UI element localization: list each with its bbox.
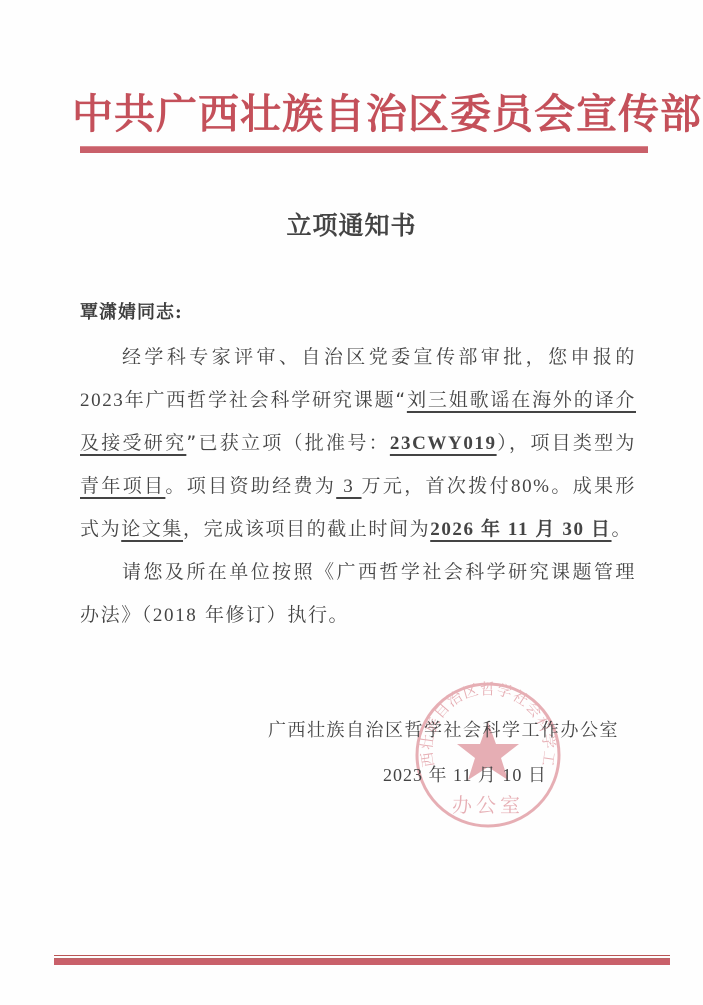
signing-organization: 广西壮族自治区哲学社会科学工作办公室 bbox=[268, 716, 619, 742]
text-segment: 年修订）执行。 bbox=[197, 604, 349, 626]
salutation: 覃潇婧同志: bbox=[80, 298, 183, 324]
text-segment: 万元，首次拨付 bbox=[362, 475, 511, 497]
footer-thin-rule bbox=[54, 955, 670, 956]
funding-amount: 3 bbox=[336, 476, 361, 497]
first-payment-percent: 80% bbox=[511, 476, 551, 497]
text-segment: ），项目类型为 bbox=[497, 432, 636, 454]
issuer-masthead: 中共广西壮族自治区委员会宣传部 bbox=[72, 88, 658, 140]
paragraph-instructions: 请您及所在单位按照《广西哲学社会科学研究课题管理办法》（2018 年修订）执行。 bbox=[80, 551, 636, 637]
text-segment: 经学科专家评审、自治区党委宣传部审批，您申报的 bbox=[122, 346, 636, 368]
approval-number: 23CWY019 bbox=[390, 433, 497, 454]
deadline-date: 2026 年 11 月 30 日 bbox=[430, 519, 611, 540]
text-segment: ”已获立项（批准号： bbox=[186, 432, 390, 454]
text-segment: 年广西哲学社会科学研究课题“ bbox=[124, 389, 406, 411]
official-seal-icon: 广西壮族自治区哲学社会科学工作 办公室 bbox=[413, 680, 563, 830]
paragraph-approval: 经学科专家评审、自治区党委宣传部审批，您申报的2023年广西哲学社会科学研究课题… bbox=[80, 336, 636, 551]
text-segment: ，完成该项目的截止时间为 bbox=[183, 518, 430, 540]
footer-red-rule bbox=[54, 958, 670, 965]
text-segment: 。 bbox=[612, 518, 633, 540]
header-red-rule bbox=[80, 146, 648, 153]
notice-page: 中共广西壮族自治区委员会宣传部 立项通知书 覃潇婧同志: 经学科专家评审、自治区… bbox=[0, 0, 703, 1005]
output-form: 论文集 bbox=[121, 518, 183, 540]
project-type: 青年项目 bbox=[80, 475, 165, 497]
text-segment: 。项目资助经费为 bbox=[165, 475, 336, 497]
svg-text:办公室: 办公室 bbox=[452, 793, 524, 817]
application-year: 2023 bbox=[80, 390, 124, 411]
revision-year: 2018 bbox=[153, 605, 197, 626]
document-title: 立项通知书 bbox=[0, 206, 703, 242]
signing-date: 2023 年 11 月 10 日 bbox=[383, 761, 547, 787]
notice-body: 经学科专家评审、自治区党委宣传部审批，您申报的2023年广西哲学社会科学研究课题… bbox=[80, 336, 636, 637]
